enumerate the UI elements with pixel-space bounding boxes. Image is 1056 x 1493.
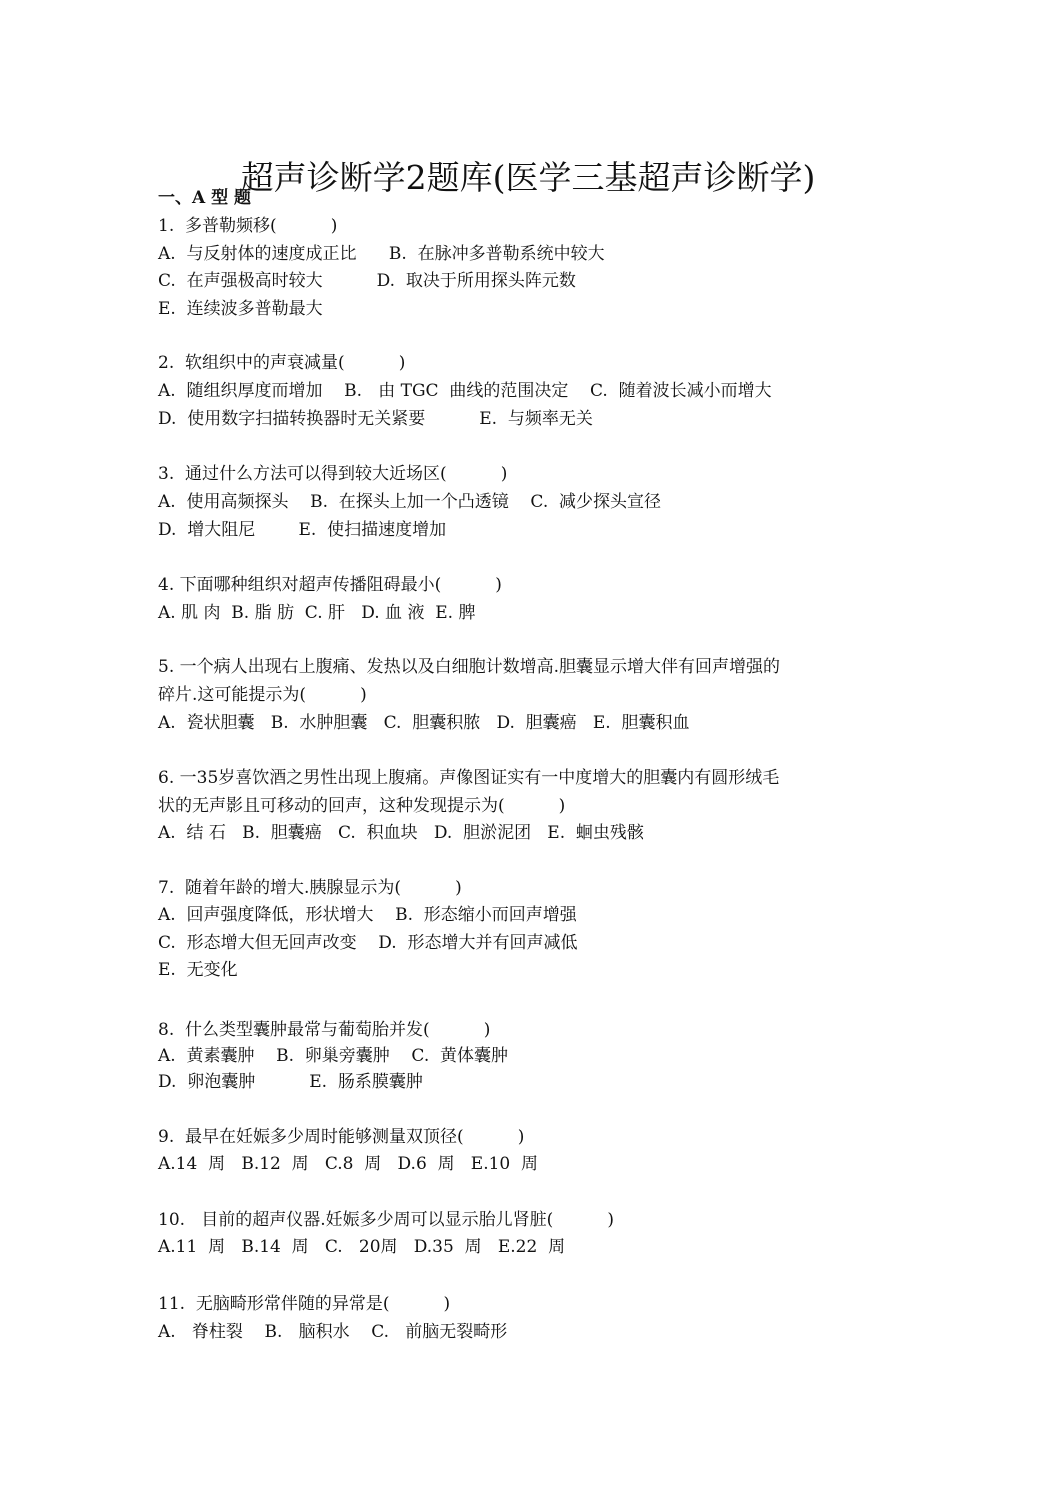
text-line: A.11 周 B.14 周 C. 20周 D.35 周 E.22 周 bbox=[158, 1235, 565, 1259]
text-line: D. 卵泡囊肿 E. 肠系膜囊肿 bbox=[158, 1070, 423, 1094]
text-line: 11. 无脑畸形常伴随的异常是( ) bbox=[158, 1292, 450, 1316]
text-line: 9. 最早在妊娠多少周时能够测量双顶径( ) bbox=[158, 1125, 524, 1149]
text-line: 3. 通过什么方法可以得到较大近场区( ) bbox=[158, 462, 507, 486]
text-line: A. 回声强度降低，形状增大 B. 形态缩小而回声增强 bbox=[158, 903, 577, 927]
text-line: 7. 随着年龄的增大.胰腺显示为( ) bbox=[158, 876, 462, 900]
text-line: A. 使用高频探头 B. 在探头上加一个凸透镜 C. 减少探头宣径 bbox=[158, 490, 661, 514]
text-line: A. 与反射体的速度成正比 B. 在脉冲多普勒系统中较大 bbox=[158, 242, 605, 266]
text-line: C. 在声强极高时较大 D. 取决于所用探头阵元数 bbox=[158, 269, 576, 293]
text-line: D. 增大阻尼 E. 使扫描速度增加 bbox=[158, 518, 446, 542]
text-line: E. 无变化 bbox=[158, 958, 238, 982]
section-heading: 一、A 型 题 bbox=[158, 186, 251, 210]
text-line: 6. 一35岁喜饮酒之男性出现上腹痛。声像图证实有一中度增大的胆囊内有圆形绒毛 bbox=[158, 766, 779, 790]
text-line: A. 肌 肉 B. 脂 肪 C. 肝 D. 血 液 E. 脾 bbox=[158, 601, 476, 625]
text-line: A. 结 石 B. 胆囊癌 C. 积血块 D. 胆淤泥团 E. 蛔虫残骸 bbox=[158, 821, 644, 845]
text-line: 4. 下面哪种组织对超声传播阻碍最小( ) bbox=[158, 573, 502, 597]
text-line: 2. 软组织中的声衰减量( ) bbox=[158, 351, 405, 375]
text-line: A. 瓷状胆囊 B. 水肿胆囊 C. 胆囊积脓 D. 胆囊癌 E. 胆囊积血 bbox=[158, 711, 690, 735]
text-line: E. 连续波多普勒最大 bbox=[158, 297, 323, 321]
text-line: 状的无声影且可移动的回声，这种发现提示为( ) bbox=[158, 794, 565, 818]
text-line: 10. 目前的超声仪器.妊娠多少周可以显示胎儿肾脏( ) bbox=[158, 1208, 614, 1232]
text-line: 1. 多普勒频移( ) bbox=[158, 214, 337, 238]
text-line: A. 随组织厚度而增加 B. 由 TGC 曲线的范围决定 C. 随着波长减小而增… bbox=[158, 379, 772, 403]
text-line: C. 形态增大但无回声改变 D. 形态增大并有回声减低 bbox=[158, 931, 577, 955]
text-line: A.14 周 B.12 周 C.8 周 D.6 周 E.10 周 bbox=[158, 1152, 538, 1176]
text-line: 8. 什么类型囊肿最常与葡萄胎并发( ) bbox=[158, 1018, 490, 1042]
text-line: 碎片.这可能提示为( ) bbox=[158, 683, 367, 707]
text-line: 5. 一个病人出现右上腹痛、发热以及白细胞计数增高.胆囊显示增大伴有回声增强的 bbox=[158, 655, 780, 679]
text-line: A. 脊柱裂 B. 脑积水 C. 前脑无裂畸形 bbox=[158, 1320, 507, 1344]
text-line: A. 黄素囊肿 B. 卵巢旁囊肿 C. 黄体囊肿 bbox=[158, 1044, 508, 1068]
text-line: D. 使用数字扫描转换器时无关紧要 E. 与频率无关 bbox=[158, 407, 593, 431]
